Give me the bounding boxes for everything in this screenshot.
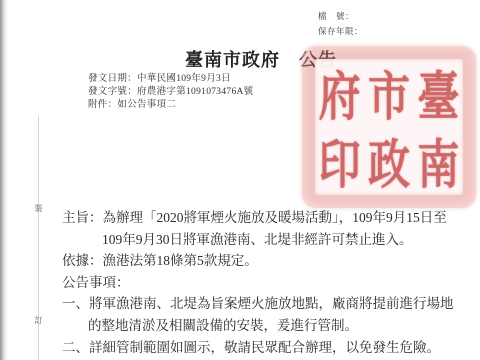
scanned-announcement-page: 裝 訂 檔 號：保存年限： 臺南市政府 公告 發文日期：中華民國109年9月3日…	[0, 0, 480, 360]
basis-label: 依據：	[62, 253, 103, 268]
subject-text: 為辦理「2020將軍煙火施放及暖場活動」，109年9月15日至109年9月30日…	[102, 210, 447, 247]
seal-char-zheng: 政	[364, 119, 413, 204]
seal-char-yin: 印	[315, 119, 364, 204]
issue-date-line: 發文日期：中華民國109年9月3日	[88, 73, 253, 86]
item-1-number: 一、	[62, 296, 89, 311]
issue-meta-block: 發文日期：中華民國109年9月3日 發文字號：府農港字第1091073476A號…	[88, 73, 253, 112]
scan-page-edge	[0, 0, 9, 360]
basis-paragraph: 依據：漁港法第18條第5款規定。	[62, 250, 460, 272]
items-header: 公告事項：	[62, 272, 460, 294]
announcement-body: 主旨：為辦理「2020將軍煙火施放及暖場活動」，109年9月15日至109年9月…	[62, 207, 460, 358]
archive-labels: 檔 號：保存年限：	[318, 9, 363, 39]
seal-column-middle: 市 政	[364, 59, 413, 195]
subject-label: 主旨：	[62, 210, 103, 225]
official-seal-stamp: 府 印 市 政 臺 南	[302, 46, 476, 208]
file-number-label: 檔 號：	[318, 11, 354, 21]
announcement-item-1: 一、將軍漁港南、北堤為旨案煙火施放地點，廠商將提前進行場地的整地清淤及相關設備的…	[62, 293, 460, 336]
announcement-item-2: 二、詳細管制範圍如圖示，敬請民眾配合辦理，以免發生危險。	[62, 337, 460, 359]
retention-period-label: 保存年限：	[318, 26, 363, 36]
seal-char-nan: 南	[414, 119, 463, 204]
binding-mark-zhuang: 裝	[33, 204, 44, 213]
doc-number-line: 發文字號：府農港字第1091073476A號	[88, 86, 253, 99]
item-2-number: 二、	[62, 340, 89, 355]
item-1-text: 將軍漁港南、北堤為旨案煙火施放地點，廠商將提前進行場地的整地清淤及相關設備的安裝…	[88, 296, 454, 333]
binding-mark-ding: 訂	[33, 316, 44, 325]
seal-column-right: 臺 南	[414, 59, 463, 195]
basis-text: 漁港法第18條第5款規定。	[103, 253, 258, 268]
seal-column-left: 府 印	[315, 59, 364, 195]
item-2-text: 詳細管制範圍如圖示，敬請民眾配合辦理，以免發生危險。	[89, 340, 440, 355]
attachment-line: 附件：如公告事項二	[88, 99, 253, 112]
official-seal-inner: 府 印 市 政 臺 南	[315, 59, 463, 195]
subject-paragraph: 主旨：為辦理「2020將軍煙火施放及暖場活動」，109年9月15日至109年9月…	[62, 207, 460, 250]
